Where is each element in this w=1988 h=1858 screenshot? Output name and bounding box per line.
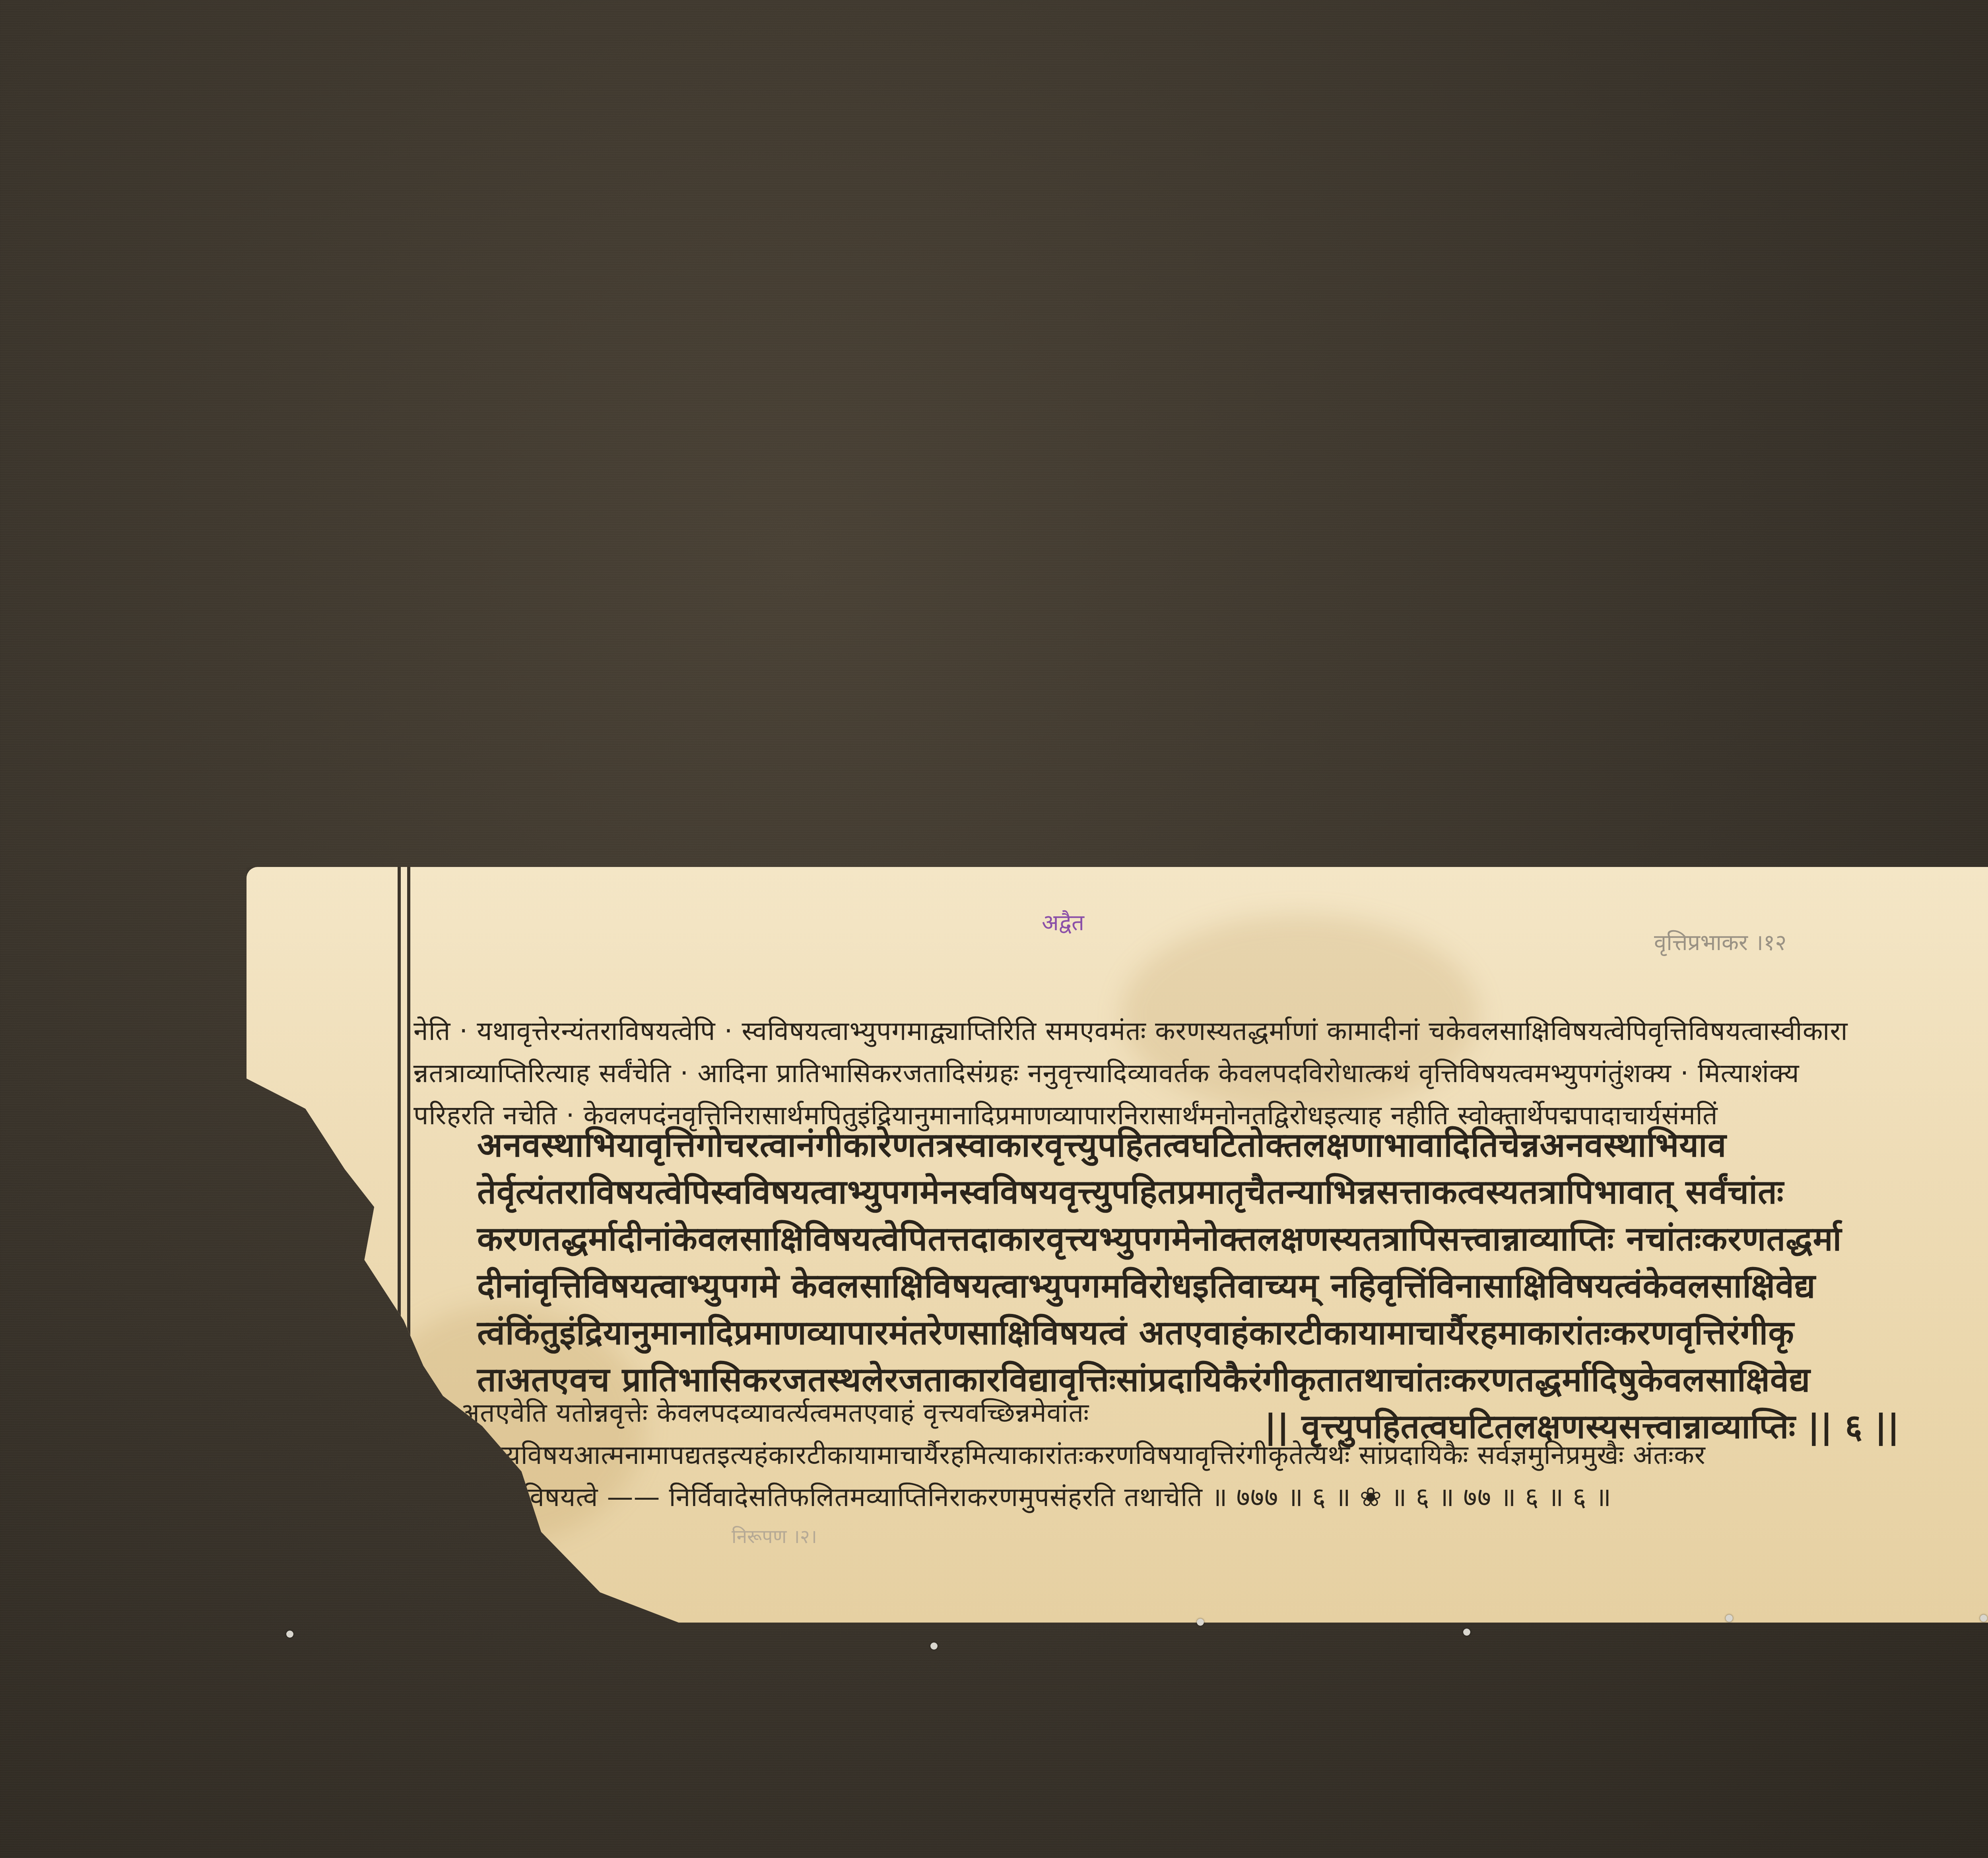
- text-line: अनवस्थाभियावृत्तिगोचरत्वानंगीकारेणतत्रस्…: [477, 1121, 1900, 1168]
- purple-stamp-note: अद्वैत: [1042, 907, 1084, 937]
- commentary-top: नेति · यथावृत्तेरन्यंतराविषयत्वेपि · स्व…: [414, 1010, 1848, 1137]
- commentary-bottom: माह अतएवेति यतोन्नवृत्तेः केवलपदव्यावर्त…: [414, 1392, 1706, 1518]
- text-line: न्नतत्राव्याप्तिरित्याह सर्वंचेति · आदिन…: [414, 1052, 1848, 1094]
- pin: [930, 1642, 938, 1650]
- pin: [1726, 1615, 1733, 1622]
- text-line: करणंचैतन्यविषयआत्मनामापद्यतइत्यहंकारटीका…: [414, 1434, 1706, 1476]
- pencil-title-note: वृत्तिप्रभाकर ।१२: [1654, 927, 1786, 957]
- text-line: तेर्वृत्यंतराविषयत्वेपिस्वविषयत्वाभ्युपग…: [477, 1168, 1900, 1215]
- pencil-bottom-note: निरूपण ।२।: [732, 1523, 817, 1549]
- pin: [1463, 1629, 1470, 1636]
- text-line: णादीनांवृत्तिविषयत्वे —— निर्विवादेसतिफल…: [414, 1476, 1706, 1518]
- text-line: दीनांवृत्तिविषयत्वाभ्युपगमे केवलसाक्षिवि…: [477, 1262, 1900, 1309]
- text-line: करणतद्धर्मादीनांकेवलसाक्षिविषयत्वेपितत्त…: [477, 1215, 1900, 1262]
- text-line: माह अतएवेति यतोन्नवृत्तेः केवलपदव्यावर्त…: [414, 1392, 1706, 1434]
- pin: [1197, 1619, 1204, 1626]
- text-line: त्वंकिंतुइंद्रियानुमानादिप्रमाणव्यापारमं…: [477, 1309, 1900, 1356]
- text-line: नेति · यथावृत्तेरन्यंतराविषयत्वेपि · स्व…: [414, 1010, 1848, 1052]
- pin: [1980, 1615, 1987, 1622]
- pin: [286, 1631, 293, 1638]
